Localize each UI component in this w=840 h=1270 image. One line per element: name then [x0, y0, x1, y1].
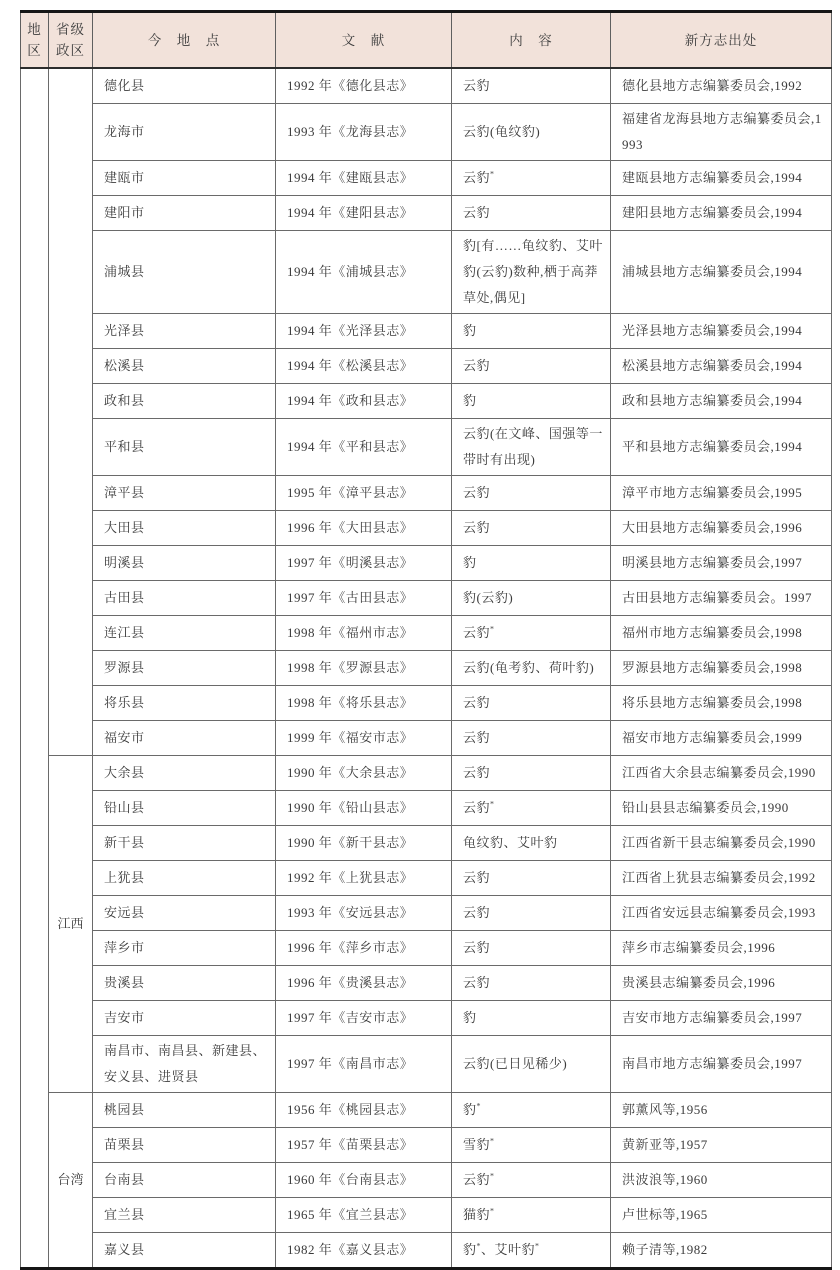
cell-literature: 1956 年《桃园县志》 [276, 1093, 452, 1128]
table-row: 台湾桃园县1956 年《桃园县志》豹*郭薰风等,1956 [21, 1093, 832, 1128]
cell-literature: 1993 年《安远县志》 [276, 896, 452, 931]
cell-content: 云豹(龟考豹、荷叶豹) [452, 651, 611, 686]
cell-literature: 1997 年《明溪县志》 [276, 546, 452, 581]
cell-literature: 1999 年《福安市志》 [276, 721, 452, 756]
cell-content: 云豹 [452, 349, 611, 384]
cell-literature: 1997 年《南昌市志》 [276, 1036, 452, 1093]
province-cell: 台湾 [49, 1093, 93, 1167]
cell-content: 云豹 [452, 196, 611, 231]
cell-literature: 1994 年《平和县志》 [276, 419, 452, 476]
cell-content: 云豹 [452, 966, 611, 1001]
cell-content: 云豹 [452, 861, 611, 896]
cell-literature: 1957 年《苗栗县志》 [276, 1128, 452, 1163]
cell-literature: 1997 年《吉安市志》 [276, 1001, 452, 1036]
table-row: 德化县1992 年《德化县志》云豹德化县地方志编纂委员会,1992 [21, 68, 832, 104]
cell-source: 建阳县地方志编纂委员会,1994 [611, 196, 832, 231]
cell-source: 福安市地方志编纂委员会,1999 [611, 721, 832, 756]
cell-literature: 1992 年《上犹县志》 [276, 861, 452, 896]
table-row: 将乐县1998 年《将乐县志》云豹将乐县地方志编纂委员会,1998 [21, 686, 832, 721]
cell-source: 江西省大余县志编纂委员会,1990 [611, 756, 832, 791]
cell-place: 上犹县 [93, 861, 276, 896]
table-row: 铅山县1990 年《铅山县志》云豹*铅山县县志编纂委员会,1990 [21, 791, 832, 826]
cell-source: 江西省上犹县志编纂委员会,1992 [611, 861, 832, 896]
cell-literature: 1995 年《漳平县志》 [276, 476, 452, 511]
cell-place: 德化县 [93, 68, 276, 104]
header-row: 地区 省级政区 今 地 点 文 献 内 容 新方志出处 [21, 12, 832, 69]
footnote-mark: * [477, 1102, 482, 1111]
table-row: 古田县1997 年《古田县志》豹(云豹)古田县地方志编纂委员会。1997 [21, 581, 832, 616]
table-row: 漳平县1995 年《漳平县志》云豹漳平市地方志编纂委员会,1995 [21, 476, 832, 511]
cell-source: 建瓯县地方志编纂委员会,1994 [611, 161, 832, 196]
table-row: 政和县1994 年《政和县志》豹政和县地方志编纂委员会,1994 [21, 384, 832, 419]
cell-literature: 1960 年《台南县志》 [276, 1163, 452, 1167]
table-row: 上犹县1992 年《上犹县志》云豹江西省上犹县志编纂委员会,1992 [21, 861, 832, 896]
cell-source: 漳平市地方志编纂委员会,1995 [611, 476, 832, 511]
cell-content: 豹 [452, 546, 611, 581]
cell-content: 云豹 [452, 68, 611, 104]
table-row: 大田县1996 年《大田县志》云豹大田县地方志编纂委员会,1996 [21, 511, 832, 546]
cell-literature: 1992 年《德化县志》 [276, 68, 452, 104]
cell-source: 郭薰风等,1956 [611, 1093, 832, 1128]
cell-place: 连江县 [93, 616, 276, 651]
cell-content: 云豹(已日见稀少) [452, 1036, 611, 1093]
cell-place: 新干县 [93, 826, 276, 861]
cell-source: 明溪县地方志编纂委员会,1997 [611, 546, 832, 581]
cell-content: 云豹 [452, 721, 611, 756]
cell-place: 光泽县 [93, 314, 276, 349]
cell-source: 浦城县地方志编纂委员会,1994 [611, 231, 832, 314]
cell-content: 云豹 [452, 686, 611, 721]
cell-content: 云豹 [452, 476, 611, 511]
cell-literature: 1996 年《萍乡市志》 [276, 931, 452, 966]
cell-place: 龙海市 [93, 104, 276, 161]
cell-content: 云豹* [452, 791, 611, 826]
cell-place: 苗栗县 [93, 1128, 276, 1163]
footnote-mark: * [490, 1137, 495, 1146]
table-row: 连江县1998 年《福州市志》云豹*福州市地方志编纂委员会,1998 [21, 616, 832, 651]
cell-literature: 1998 年《福州市志》 [276, 616, 452, 651]
cell-place: 浦城县 [93, 231, 276, 314]
cell-place: 罗源县 [93, 651, 276, 686]
cell-place: 福安市 [93, 721, 276, 756]
cell-literature: 1998 年《将乐县志》 [276, 686, 452, 721]
table-row: 平和县1994 年《平和县志》云豹(在文峰、国强等一带时有出现)平和县地方志编纂… [21, 419, 832, 476]
cell-literature: 1994 年《政和县志》 [276, 384, 452, 419]
cell-source: 光泽县地方志编纂委员会,1994 [611, 314, 832, 349]
table-header: 地区 省级政区 今 地 点 文 献 内 容 新方志出处 [21, 12, 832, 69]
cell-place: 政和县 [93, 384, 276, 419]
table-row: 光泽县1994 年《光泽县志》豹光泽县地方志编纂委员会,1994 [21, 314, 832, 349]
cell-content: 云豹(在文峰、国强等一带时有出现) [452, 419, 611, 476]
footnote-mark: * [490, 625, 495, 634]
cell-place: 建阳市 [93, 196, 276, 231]
cell-source: 古田县地方志编纂委员会。1997 [611, 581, 832, 616]
region-cell [21, 68, 49, 1166]
cell-source: 福州市地方志编纂委员会,1998 [611, 616, 832, 651]
table-row: 安远县1993 年《安远县志》云豹江西省安远县志编纂委员会,1993 [21, 896, 832, 931]
cell-literature: 1996 年《大田县志》 [276, 511, 452, 546]
table-row: 建瓯市1994 年《建瓯县志》云豹*建瓯县地方志编纂委员会,1994 [21, 161, 832, 196]
cell-source: 洪波浪等,1960 [611, 1163, 832, 1167]
cell-place: 明溪县 [93, 546, 276, 581]
cell-literature: 1996 年《贵溪县志》 [276, 966, 452, 1001]
cell-content: 云豹 [452, 931, 611, 966]
cell-literature: 1994 年《建瓯县志》 [276, 161, 452, 196]
cell-literature: 1994 年《建阳县志》 [276, 196, 452, 231]
cell-place: 台南县 [93, 1163, 276, 1167]
cell-content: 云豹* [452, 616, 611, 651]
cell-place: 安远县 [93, 896, 276, 931]
province-cell [49, 68, 93, 756]
cell-source: 罗源县地方志编纂委员会,1998 [611, 651, 832, 686]
table-row: 苗栗县1957 年《苗栗县志》雪豹*黄新亚等,1957 [21, 1128, 832, 1163]
table-row: 罗源县1998 年《罗源县志》云豹(龟考豹、荷叶豹)罗源县地方志编纂委员会,19… [21, 651, 832, 686]
cell-source: 江西省安远县志编纂委员会,1993 [611, 896, 832, 931]
cell-place: 南昌市、南昌县、新建县、安义县、进贤县 [93, 1036, 276, 1093]
province-cell: 江西 [49, 756, 93, 1093]
cell-place: 吉安市 [93, 1001, 276, 1036]
cell-content: 豹 [452, 1001, 611, 1036]
cell-content: 豹 [452, 384, 611, 419]
table-row: 新干县1990 年《新干县志》龟纹豹、艾叶豹江西省新干县志编纂委员会,1990 [21, 826, 832, 861]
header-literature: 文 献 [276, 12, 452, 69]
cell-source: 铅山县县志编纂委员会,1990 [611, 791, 832, 826]
table-row: 福安市1999 年《福安市志》云豹福安市地方志编纂委员会,1999 [21, 721, 832, 756]
table-row: 江西大余县1990 年《大余县志》云豹江西省大余县志编纂委员会,1990 [21, 756, 832, 791]
cell-place: 萍乡市 [93, 931, 276, 966]
cell-source: 将乐县地方志编纂委员会,1998 [611, 686, 832, 721]
header-content: 内 容 [452, 12, 611, 69]
cell-content: 云豹 [452, 511, 611, 546]
table-row: 吉安市1997 年《吉安市志》豹吉安市地方志编纂委员会,1997 [21, 1001, 832, 1036]
cell-literature: 1990 年《大余县志》 [276, 756, 452, 791]
cell-place: 漳平县 [93, 476, 276, 511]
cell-place: 古田县 [93, 581, 276, 616]
header-source: 新方志出处 [611, 12, 832, 69]
cell-literature: 1993 年《龙海县志》 [276, 104, 452, 161]
gazetteer-table: 地区 省级政区 今 地 点 文 献 内 容 新方志出处 德化县1992 年《德化… [20, 10, 832, 1166]
cell-literature: 1990 年《铅山县志》 [276, 791, 452, 826]
cell-source: 萍乡市志编纂委员会,1996 [611, 931, 832, 966]
cell-content: 雪豹* [452, 1128, 611, 1163]
cell-place: 大余县 [93, 756, 276, 791]
table-row: 建阳市1994 年《建阳县志》云豹建阳县地方志编纂委员会,1994 [21, 196, 832, 231]
cell-content: 豹(云豹) [452, 581, 611, 616]
cell-content: 龟纹豹、艾叶豹 [452, 826, 611, 861]
cell-content: 云豹* [452, 161, 611, 196]
table-row: 浦城县1994 年《浦城县志》豹[有……龟纹豹、艾叶豹(云豹)数种,栖于高莽草处… [21, 231, 832, 314]
cell-source: 大田县地方志编纂委员会,1996 [611, 511, 832, 546]
table-row: 龙海市1993 年《龙海县志》云豹(龟纹豹)福建省龙海县地方志编纂委员会,199… [21, 104, 832, 161]
table-row: 南昌市、南昌县、新建县、安义县、进贤县1997 年《南昌市志》云豹(已日见稀少)… [21, 1036, 832, 1093]
cell-place: 桃园县 [93, 1093, 276, 1128]
cell-content: 豹* [452, 1093, 611, 1128]
cell-content: 云豹* [452, 1163, 611, 1167]
header-region: 地区 [21, 12, 49, 69]
cell-source: 政和县地方志编纂委员会,1994 [611, 384, 832, 419]
cell-place: 将乐县 [93, 686, 276, 721]
table-body: 德化县1992 年《德化县志》云豹德化县地方志编纂委员会,1992龙海市1993… [21, 68, 832, 1166]
document-page: 地区 省级政区 今 地 点 文 献 内 容 新方志出处 德化县1992 年《德化… [20, 10, 831, 1166]
table-row: 松溪县1994 年《松溪县志》云豹松溪县地方志编纂委员会,1994 [21, 349, 832, 384]
cell-place: 铅山县 [93, 791, 276, 826]
cell-place: 大田县 [93, 511, 276, 546]
cell-place: 平和县 [93, 419, 276, 476]
cell-content: 云豹(龟纹豹) [452, 104, 611, 161]
cell-source: 平和县地方志编纂委员会,1994 [611, 419, 832, 476]
cell-content: 云豹 [452, 756, 611, 791]
table-row: 萍乡市1996 年《萍乡市志》云豹萍乡市志编纂委员会,1996 [21, 931, 832, 966]
table-row: 明溪县1997 年《明溪县志》豹明溪县地方志编纂委员会,1997 [21, 546, 832, 581]
cell-source: 江西省新干县志编纂委员会,1990 [611, 826, 832, 861]
cell-place: 建瓯市 [93, 161, 276, 196]
cell-source: 黄新亚等,1957 [611, 1128, 832, 1163]
cell-content: 云豹 [452, 896, 611, 931]
cell-source: 贵溪县志编纂委员会,1996 [611, 966, 832, 1001]
footnote-mark: * [490, 800, 495, 809]
cell-literature: 1997 年《古田县志》 [276, 581, 452, 616]
cell-literature: 1994 年《光泽县志》 [276, 314, 452, 349]
cell-source: 南昌市地方志编纂委员会,1997 [611, 1036, 832, 1093]
header-province: 省级政区 [49, 12, 93, 69]
cell-literature: 1998 年《罗源县志》 [276, 651, 452, 686]
cell-place: 贵溪县 [93, 966, 276, 1001]
header-place: 今 地 点 [93, 12, 276, 69]
footnote-mark: * [490, 170, 495, 179]
cell-place: 松溪县 [93, 349, 276, 384]
cell-content: 豹 [452, 314, 611, 349]
table-row: 台南县1960 年《台南县志》云豹*洪波浪等,1960 [21, 1163, 832, 1167]
cell-source: 德化县地方志编纂委员会,1992 [611, 68, 832, 104]
cell-literature: 1990 年《新干县志》 [276, 826, 452, 861]
cell-source: 福建省龙海县地方志编纂委员会,1993 [611, 104, 832, 161]
cell-source: 吉安市地方志编纂委员会,1997 [611, 1001, 832, 1036]
table-row: 贵溪县1996 年《贵溪县志》云豹贵溪县志编纂委员会,1996 [21, 966, 832, 1001]
cell-literature: 1994 年《浦城县志》 [276, 231, 452, 314]
cell-content: 豹[有……龟纹豹、艾叶豹(云豹)数种,栖于高莽草处,偶见] [452, 231, 611, 314]
cell-literature: 1994 年《松溪县志》 [276, 349, 452, 384]
cell-source: 松溪县地方志编纂委员会,1994 [611, 349, 832, 384]
